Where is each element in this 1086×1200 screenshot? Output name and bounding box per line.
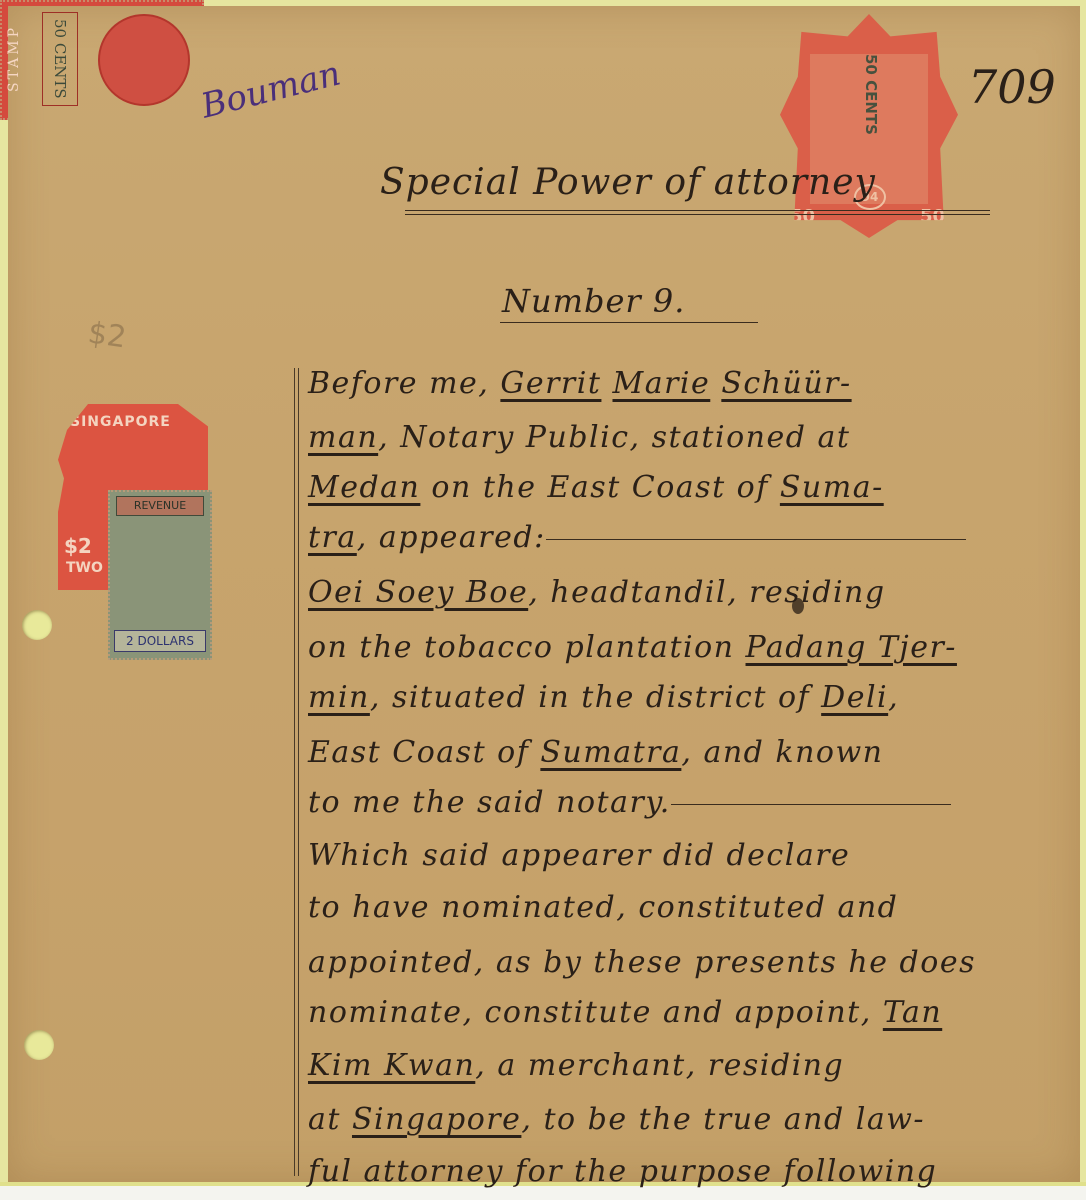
filler-line — [546, 539, 966, 540]
underlined-name: Singapore — [352, 1102, 521, 1137]
document-line: Kim Kwan, a merchant, residing — [308, 1048, 1068, 1083]
document-line: man, Notary Public, stationed at — [308, 420, 1068, 455]
line-text: East Coast of — [308, 735, 540, 770]
line-text — [601, 366, 612, 401]
underlined-name: Marie — [612, 366, 710, 401]
stamp-side-label: STAMP — [6, 4, 28, 112]
line-text: Before me, — [308, 366, 500, 401]
margin-rule — [294, 368, 299, 1176]
line-text — [710, 366, 721, 401]
stamp-header: REVENUE — [116, 496, 204, 516]
stamp-value: 50 CENTS — [42, 12, 78, 106]
stamp-value: 50 CENTS — [862, 54, 880, 135]
line-text: nominate, constitute and appoint, — [308, 995, 883, 1030]
document-title: Special Power of attorney — [380, 162, 876, 203]
document-line: tra, appeared: — [308, 520, 1068, 555]
document-line: East Coast of Sumatra, and known — [308, 735, 1068, 770]
line-text: to have nominated, constituted and — [308, 890, 898, 925]
underlined-name: Deli — [821, 680, 888, 715]
document-line: min, situated in the district of Deli, — [308, 680, 1068, 715]
document-line: at Singapore, to be the true and law- — [308, 1102, 1068, 1137]
queen-portrait-icon — [98, 14, 190, 106]
punch-hole-bottom — [24, 1030, 54, 1060]
revenue-stamp-star: 50 CENTS 94 50 50 — [780, 14, 958, 238]
document-line: to me the said notary. — [308, 785, 1068, 820]
underlined-name: Suma- — [780, 470, 884, 505]
underlined-name: Medan — [308, 470, 420, 505]
line-text: to me the said notary. — [308, 785, 671, 820]
line-text: on the East Coast of — [420, 470, 779, 505]
filler-line — [671, 804, 951, 805]
underlined-name: Schüür- — [721, 366, 851, 401]
line-text: , — [888, 680, 899, 715]
folio-number: 709 — [968, 60, 1056, 114]
underlined-name: Gerrit — [500, 366, 601, 401]
document-line: Which said appearer did declare — [308, 838, 1068, 873]
document-number: Number 9. — [502, 282, 685, 320]
underlined-name: Sumatra — [540, 735, 681, 770]
revenue-two-dollars-stamp: REVENUE 2 DOLLARS — [108, 490, 212, 660]
line-text: , Notary Public, stationed at — [378, 420, 850, 455]
underlined-name: Tan — [883, 995, 942, 1030]
line-text: Which said appearer did declare — [308, 838, 850, 873]
line-text: ful attorney for the purpose following — [308, 1154, 937, 1189]
document-line: nominate, constitute and appoint, Tan — [308, 995, 1068, 1030]
document-line: Medan on the East Coast of Suma- — [308, 470, 1068, 505]
document-line: Before me, Gerrit Marie Schüür- — [308, 366, 1068, 401]
document-line: to have nominated, constituted and — [308, 890, 1068, 925]
underlined-name: min — [308, 680, 370, 715]
ink-blot — [792, 598, 804, 614]
underlined-name: Oei Soey Boe — [308, 575, 528, 610]
line-text: , appeared: — [357, 520, 546, 555]
stamp-amount: $2 — [64, 534, 92, 558]
punch-hole-top — [22, 610, 52, 640]
line-text: , headtandil, residing — [528, 575, 885, 610]
underlined-name: man — [308, 420, 378, 455]
line-text: , to be the true and law- — [521, 1102, 925, 1137]
number-underline — [500, 322, 758, 323]
stamp-label: 2 DOLLARS — [114, 630, 206, 652]
line-text: appointed, as by these presents he does — [308, 945, 976, 980]
underlined-name: Kim Kwan — [308, 1048, 475, 1083]
pencil-note: $2 — [86, 316, 129, 356]
line-text: , and known — [681, 735, 883, 770]
document-line: appointed, as by these presents he does — [308, 945, 1068, 980]
line-text: on the tobacco plantation — [308, 630, 746, 665]
document-line: Oei Soey Boe, headtandil, residing — [308, 575, 1068, 610]
line-text: , situated in the district of — [370, 680, 821, 715]
document-line: ful attorney for the purpose following — [308, 1154, 1068, 1189]
line-text: at — [308, 1102, 352, 1137]
underlined-name: tra — [308, 520, 357, 555]
underlined-name: Padang Tjer- — [746, 630, 957, 665]
stamp-country: SINGAPORE — [70, 414, 171, 430]
document-line: on the tobacco plantation Padang Tjer- — [308, 630, 1068, 665]
line-text: , a merchant, residing — [475, 1048, 844, 1083]
title-double-rule — [405, 210, 990, 215]
